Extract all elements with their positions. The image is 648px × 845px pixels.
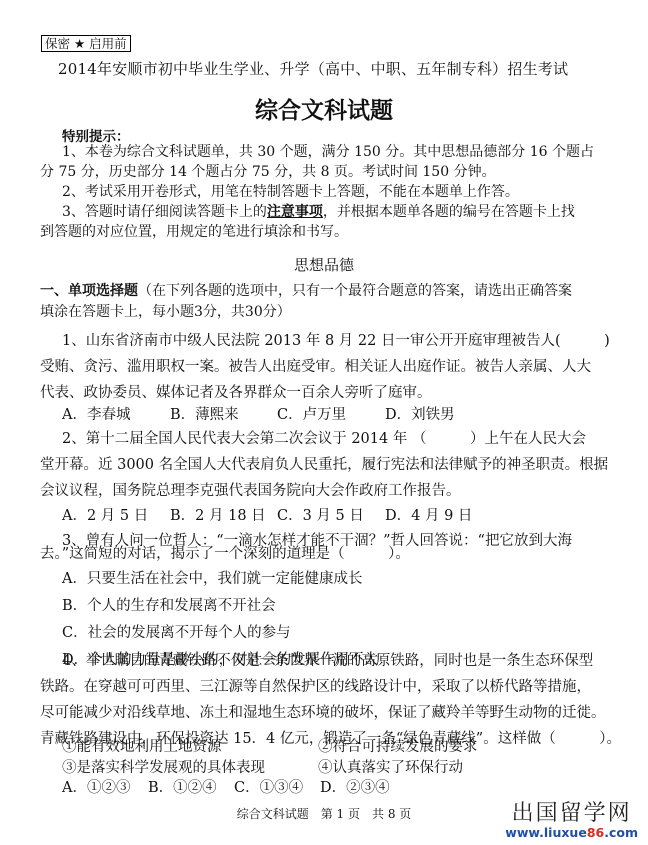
notice-item-3-line-2: 到答题的对应位置，用规定的笔进行填涂和书写。 [40,222,348,242]
option-c: C．①③④ [234,777,303,799]
option-c: C．3 月 5 日 [277,503,364,529]
statement-4: ④认真落实了环保行动 [318,757,463,779]
option-c: C．卢万里 [277,402,346,428]
confidential-label: 保密 ★ 启用前 [41,35,131,52]
question-3-option-b: B．个人的生存和发展离不开社会 [62,593,276,619]
site-watermark: 出国留学网 www.liuxue86.com [505,802,638,840]
option-a: A．李春城 [62,402,130,428]
option-d: D．刘铁男 [385,402,455,428]
question-2-line-2: 堂开幕。近 3000 名全国人大代表肩负人民重托，履行宪法和法律赋予的神圣职责。… [40,452,608,478]
question-2-options: A．2 月 5 日 B．2 月 18 日 C．3 月 5 日 D．4 月 9 日 [0,503,648,529]
option-a: A．2 月 5 日 [62,503,148,529]
watermark-url-pre: www.liuxue [505,825,587,840]
watermark-url: www.liuxue86.com [505,826,638,840]
option-b: B．2 月 18 日 [170,503,266,529]
section-title: 思想品德 [0,254,648,275]
watermark-url-number: 86 [587,825,604,840]
statement-3: ③是落实科学发展观的具体表现 [62,757,265,779]
question-2-line-1: 2、第十二届全国人民代表大会第二次会议于 2014 年 （ ）上午在人民大会 [62,426,586,452]
part-description: （在下列各题的选项中，只有一个最符合题意的答案，请选出正确答案 [138,283,572,299]
question-3-option-a: A．只要生活在社会中，我们就一定能健康成长 [62,566,362,592]
notice-item-3-emphasis: 注意事项 [267,204,323,220]
notice-item-1-line-1: 1、本卷为综合文科试题单，共 30 个题，满分 150 分。其中思想品德部分 1… [62,142,594,162]
question-1-line-1: 1、山东省济南市中级人民法院 2013 年 8 月 22 日一审公开开庭审理被告… [62,328,610,354]
question-4-line-1: 4、举世瞩目的青藏铁路不仅是一条世界一流的高原铁路，同时也是一条生态环保型 [62,648,593,674]
question-3-line-2: 去。”这简短的对话，揭示了一个深刻的道理是（ ）。 [40,541,410,567]
option-d: D．4 月 9 日 [385,503,472,529]
part-heading-line-1: 一、单项选择题（在下列各题的选项中，只有一个最符合题意的答案，请选出正确答案 [40,281,572,301]
option-b: B．①②④ [148,777,217,799]
notice-item-3-post: ，并根据本题单各题的编号在答题卡上找 [323,204,575,220]
question-1-options: A．李春城 B．薄熙来 C．卢万里 D．刘铁男 [0,402,648,428]
notice-item-2: 2、考试采用开卷形式，用笔在特制答题卡上答题，不能在本题单上作答。 [62,182,519,202]
watermark-site-name: 出国留学网 [505,802,638,826]
notice-item-3-line-1: 3、答题时请仔细阅读答题卡上的注意事项，并根据本题单各题的编号在答题卡上找 [62,202,575,222]
question-1-line-2: 受贿、贪污、滥用职权一案。被告人出庭受审。相关证人出庭作证。被告人亲属、人大 [40,354,591,380]
question-4-statements-row-2: ③是落实科学发展观的具体表现 ④认真落实了环保行动 [0,757,648,779]
exam-name: 2014年安顺市初中毕业生学业、升学（高中、中职、五年制专科）招生考试 [58,58,568,79]
option-a: A．①②③ [62,777,130,799]
question-2-line-3: 会议议程，国务院总理李克强代表国务院向大会作政府工作报告。 [40,478,461,504]
notice-item-1-line-2: 分 75 分，历史部分 14 个题占分 75 分，共 8 页。考试时间 150 … [40,162,496,182]
option-d: D．②③④ [320,777,390,799]
notice-item-3-pre: 3、答题时请仔细阅读答题卡上的 [62,204,267,220]
part-description-line-2: 填涂在答题卡上，每小题3分，共30分） [40,302,291,322]
question-4-options: A．①②③ B．①②④ C．①③④ D．②③④ [0,777,648,799]
page-title: 综合文科试题 [0,92,648,125]
option-b: B．薄熙来 [170,402,239,428]
question-4-statements-row-1: ①能有效地利用土地资源 ②符合可持续发展的要求 [0,736,648,758]
question-3-option-c: C．社会的发展离不开每个人的参与 [62,620,291,646]
statement-1: ①能有效地利用土地资源 [62,736,222,758]
part-heading: 一、单项选择题 [40,283,138,299]
statement-2: ②符合可持续发展的要求 [318,736,478,758]
watermark-url-post: .com [604,825,638,840]
question-4-line-2: 铁路。在穿越可可西里、三江源等自然保护区的线路设计中，采取了以桥代路等措施， [40,674,591,700]
question-4-line-3: 尽可能减少对沿线草地、冻土和湿地生态环境的破坏，保证了藏羚羊等野生动物的迁徙。 [40,700,606,726]
